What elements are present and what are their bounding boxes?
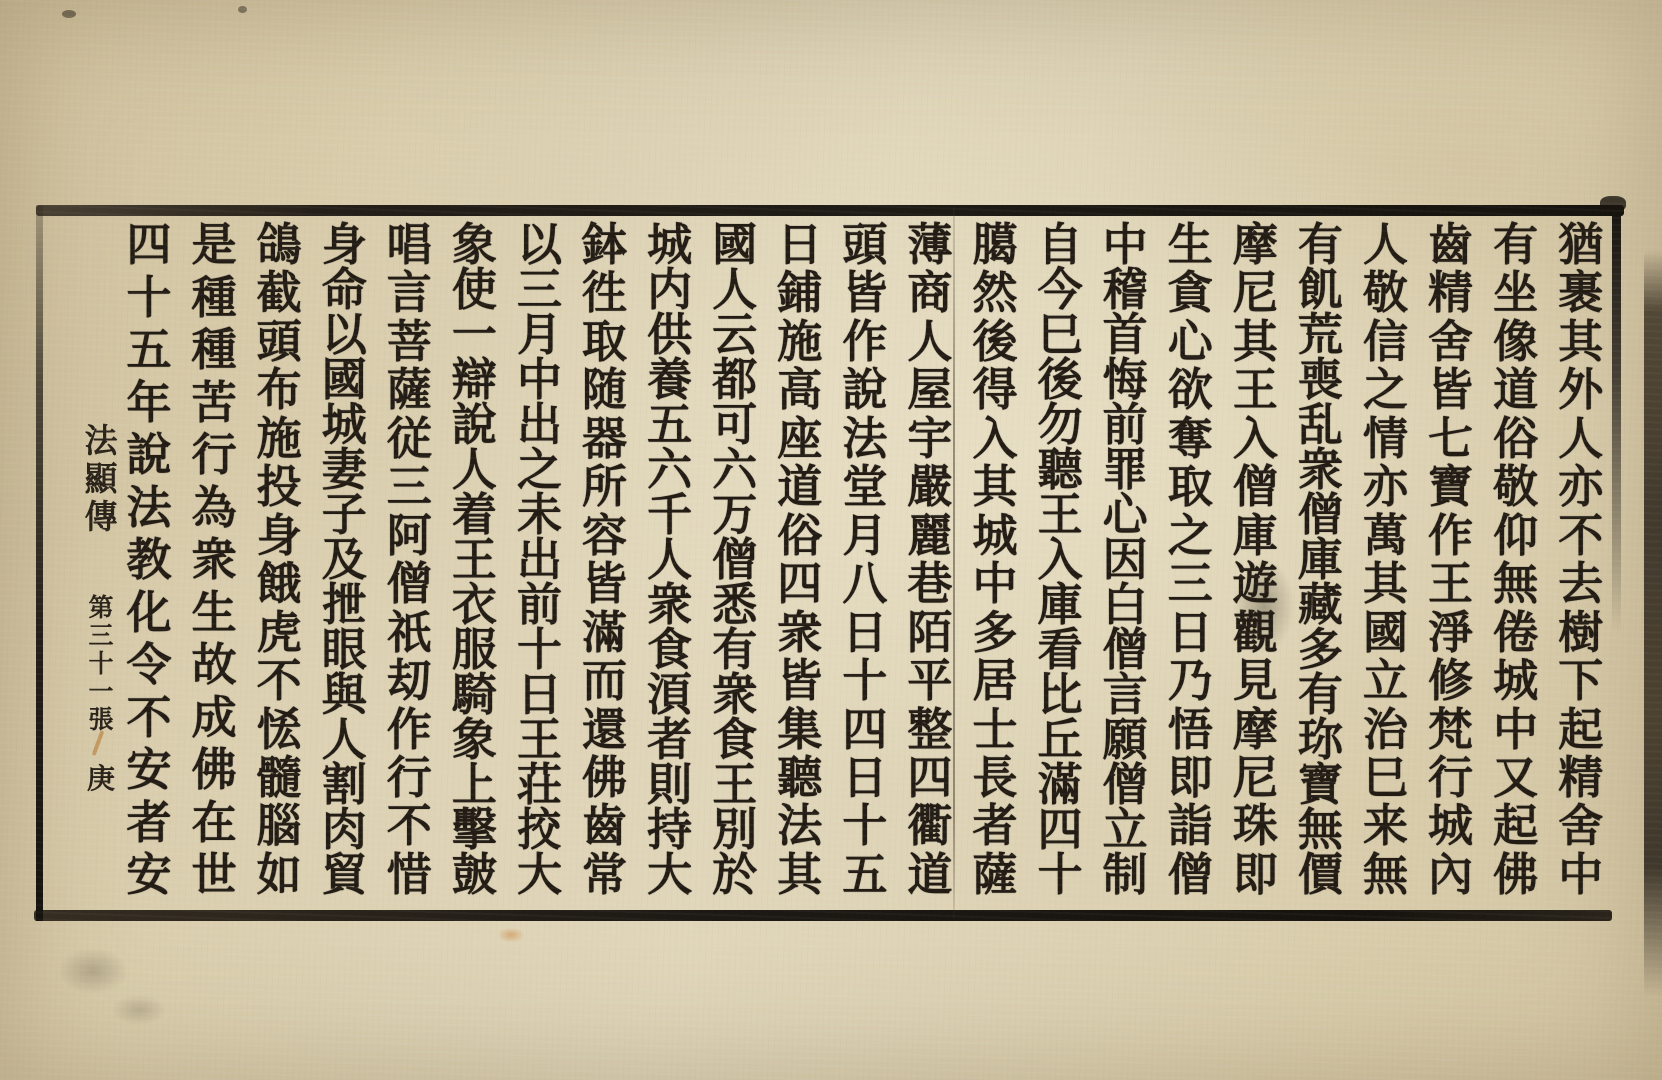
character: 多 [1298, 627, 1343, 672]
character: 齒 [582, 803, 627, 848]
character: 持 [647, 807, 692, 852]
character: 傳 [85, 500, 118, 533]
character: 上 [452, 762, 497, 807]
character: 取 [582, 319, 627, 364]
character: 心 [1168, 319, 1213, 364]
character: 猶 [1558, 222, 1603, 267]
character: 王 [712, 762, 757, 807]
character: 鋪 [777, 270, 822, 315]
character: 士 [973, 707, 1018, 752]
character: 薄 [907, 222, 952, 267]
character: 敬 [1363, 270, 1408, 315]
text-column-22: 是種種苦行為衆生故成佛在世 [185, 222, 243, 897]
character: 唱 [387, 222, 432, 267]
character: 四 [907, 755, 952, 800]
character: 比 [1038, 672, 1083, 717]
character: 珎 [1298, 717, 1343, 762]
character: 大 [647, 852, 692, 897]
character: 月 [517, 312, 562, 357]
character: 僧 [1168, 852, 1213, 897]
character: 日 [842, 755, 887, 800]
character: 庚 [87, 765, 115, 793]
character: 象 [452, 717, 497, 762]
character: 常 [582, 852, 627, 897]
character: 心 [1103, 492, 1148, 537]
ink-bleed-stain [58, 948, 128, 994]
character: 六 [712, 447, 757, 492]
page-edge-ink-streak [1644, 250, 1662, 1020]
character: 佛 [1493, 852, 1538, 897]
character: 人 [712, 267, 757, 312]
character: 庫 [1298, 537, 1343, 582]
character: 後 [973, 319, 1018, 364]
text-column-12: 頭皆作說法堂月八日十四日十五 [836, 222, 894, 897]
character: 居 [973, 658, 1018, 703]
character: 布 [257, 367, 302, 412]
character: 整 [907, 707, 952, 752]
character: 餓 [257, 561, 302, 606]
character: 衆 [777, 610, 822, 655]
character: 尼 [1233, 755, 1278, 800]
character: 萬 [1363, 513, 1408, 558]
character: 勿 [1038, 402, 1083, 447]
character: 擊 [452, 807, 497, 852]
character: 五 [842, 852, 887, 897]
character: 治 [1363, 707, 1408, 752]
character: 而 [582, 658, 627, 703]
character: 薩 [387, 367, 432, 412]
character: 城 [973, 513, 1018, 558]
character: 珠 [1233, 803, 1278, 848]
colophon-title: 法顯傳 [80, 424, 122, 533]
character: 為 [192, 485, 237, 530]
character: 令 [126, 642, 171, 687]
character: 其 [973, 464, 1018, 509]
character: 者 [126, 800, 171, 845]
character: 滿 [1038, 762, 1083, 807]
character: 言 [1103, 672, 1148, 717]
character: 寶 [1428, 464, 1473, 509]
character: 坐 [1493, 270, 1538, 315]
character: 不 [257, 658, 302, 703]
character: 自 [1038, 222, 1083, 267]
character: 僧 [387, 561, 432, 606]
character: 衣 [452, 582, 497, 627]
character: 罪 [1103, 447, 1148, 492]
character: 欲 [1168, 367, 1213, 412]
character: 十 [126, 275, 171, 320]
character: 以 [322, 312, 367, 357]
character: 可 [712, 402, 757, 447]
character: 截 [257, 270, 302, 315]
character: 種 [192, 275, 237, 320]
character: 王 [517, 717, 562, 762]
character: 抴 [322, 582, 367, 627]
character: 腦 [257, 803, 302, 848]
character: 投 [257, 464, 302, 509]
character: 皆 [582, 561, 627, 606]
character: 着 [452, 492, 497, 537]
character: 人 [322, 717, 367, 762]
character: 其 [1233, 319, 1278, 364]
text-columns: 猶裹其外人亦不去樹下起精舍中有坐像道俗敬仰無倦城中又起佛齒精舍皆七寶作王淨修梵行… [120, 222, 1610, 897]
character: 起 [1493, 803, 1538, 848]
character: 滿 [582, 610, 627, 655]
character: 無 [1363, 852, 1408, 897]
character: 淨 [1428, 610, 1473, 655]
character: 四 [1038, 807, 1083, 852]
character: 僧 [1103, 627, 1148, 672]
character: 徃 [582, 270, 627, 315]
text-column-20: 身命以國城妻子及抴眼與人割肉貿 [315, 222, 373, 897]
character: 之 [1363, 367, 1408, 412]
character: 安 [126, 747, 171, 792]
character: 云 [712, 312, 757, 357]
border-frame-bottom [34, 910, 1612, 921]
paper-speck [238, 6, 247, 13]
character: 衆 [712, 672, 757, 717]
character: 作 [387, 707, 432, 752]
character: 是 [192, 222, 237, 267]
character: 信 [1363, 319, 1408, 364]
character: 人 [1558, 416, 1603, 461]
character: 者 [647, 717, 692, 762]
character: 五 [647, 402, 692, 447]
character: 中 [1493, 707, 1538, 752]
character: 日 [1168, 610, 1213, 655]
colophon-case-mark: 庚 [80, 765, 122, 793]
character: 別 [712, 807, 757, 852]
character: 及 [322, 537, 367, 582]
character: 座 [777, 416, 822, 461]
character: 道 [1493, 367, 1538, 412]
character: 商 [907, 270, 952, 315]
character: 道 [777, 464, 822, 509]
character: 鴿 [257, 222, 302, 267]
character: 精 [1428, 270, 1473, 315]
colophon-column: 法顯傳 第三十一張 庚 [80, 222, 122, 897]
character: 遊 [1233, 561, 1278, 606]
character: 化 [126, 590, 171, 635]
character: 得 [973, 367, 1018, 412]
character: 日 [842, 610, 887, 655]
character: 巳 [1363, 755, 1408, 800]
character: 裹 [1558, 270, 1603, 315]
character: 立 [1103, 807, 1148, 852]
character: 象 [452, 222, 497, 267]
character: 王 [1233, 367, 1278, 412]
character: 皆 [777, 658, 822, 703]
character: 於 [712, 852, 757, 897]
character: 齒 [1428, 222, 1473, 267]
character: 出 [517, 402, 562, 447]
character: 亦 [1558, 464, 1603, 509]
character: 即 [1233, 852, 1278, 897]
character: 一 [88, 679, 113, 704]
character: 摩 [1233, 707, 1278, 752]
orange-fiber-stain [498, 928, 524, 942]
ink-bleed-stain [112, 995, 166, 1025]
character: 城 [1428, 803, 1473, 848]
character: 日 [777, 222, 822, 267]
character: 五 [126, 327, 171, 372]
character: 有 [1493, 222, 1538, 267]
character: 僧 [712, 537, 757, 582]
text-column-15: 城内供養五六千人衆食湏者則持大 [641, 222, 699, 897]
character: 不 [126, 695, 171, 740]
character: 種 [192, 327, 237, 372]
character: 七 [1428, 416, 1473, 461]
character: 四 [777, 561, 822, 606]
text-column-1: 猶裹其外人亦不去樹下起精舍中 [1552, 222, 1610, 897]
character: 法 [777, 803, 822, 848]
character: 說 [842, 367, 887, 412]
border-frame-right [1612, 205, 1621, 635]
character: 辯 [452, 357, 497, 402]
character: 十 [1038, 852, 1083, 897]
text-column-5: 有飢荒喪乱衆僧庫藏多有珎寶無價 [1291, 222, 1349, 897]
character: 祇 [387, 610, 432, 655]
character: 麗 [907, 513, 952, 558]
text-column-11: 薄商人屋宇嚴麗巷陌平整四衢道 [901, 222, 959, 897]
character: 三 [1168, 561, 1213, 606]
character: 子 [322, 492, 367, 537]
character: 然 [973, 270, 1018, 315]
character: 巳 [1038, 312, 1083, 357]
character: 来 [1363, 803, 1408, 848]
character: 頭 [257, 319, 302, 364]
text-column-16: 鉢徃取随器所容皆滿而還佛齒常 [576, 222, 634, 897]
character: 中 [517, 357, 562, 402]
character: 乱 [1298, 402, 1343, 447]
character: 中 [1103, 222, 1148, 267]
text-column-18: 象使一辯說人着王衣服騎象上擊皷 [445, 222, 503, 897]
character: 有 [1298, 672, 1343, 717]
text-column-4: 人敬信之情亦萬其國立治巳来無 [1356, 222, 1414, 897]
character: 今 [1038, 267, 1083, 312]
character: 有 [712, 627, 757, 672]
character: 命 [322, 267, 367, 312]
text-column-14: 國人云都可六万僧悉有衆食王別於 [706, 222, 764, 897]
character: 前 [517, 582, 562, 627]
character: 十 [517, 627, 562, 672]
character: 従 [387, 416, 432, 461]
character: 內 [1428, 852, 1473, 897]
character: 起 [1558, 707, 1603, 752]
character: 舍 [1428, 319, 1473, 364]
character: 悟 [1168, 707, 1213, 752]
character: 悔 [1103, 357, 1148, 402]
character: 大 [517, 852, 562, 897]
text-column-10: 臈然後得入其城中多居士長者薩 [966, 222, 1024, 897]
character: 所 [582, 464, 627, 509]
character: 摩 [1233, 222, 1278, 267]
character: 中 [973, 561, 1018, 606]
text-column-8: 中稽首悔前罪心因白僧言願僧立制 [1096, 222, 1154, 897]
character: 外 [1558, 367, 1603, 412]
character: 平 [907, 658, 952, 703]
character: 使 [452, 267, 497, 312]
character: 皆 [1428, 367, 1473, 412]
character: 衆 [1298, 447, 1343, 492]
character: 騎 [452, 672, 497, 717]
character: 作 [1428, 513, 1473, 558]
colophon-sheet-number: 第三十一張 [80, 595, 122, 732]
character: 十 [842, 658, 887, 703]
character: 樹 [1558, 610, 1603, 655]
character: 梵 [1428, 707, 1473, 752]
character: 城 [1493, 658, 1538, 703]
character: 觀 [1233, 610, 1278, 655]
character: 王 [1428, 561, 1473, 606]
character: 八 [842, 561, 887, 606]
character: 制 [1103, 852, 1148, 897]
character: 屋 [907, 367, 952, 412]
character: 入 [973, 416, 1018, 461]
character: 食 [647, 627, 692, 672]
character: 人 [647, 537, 692, 582]
character: 宇 [907, 416, 952, 461]
character: 出 [517, 537, 562, 582]
character: 不 [1558, 513, 1603, 558]
character: 人 [452, 447, 497, 492]
character: 稽 [1103, 267, 1148, 312]
character: 施 [257, 416, 302, 461]
character: 惜 [387, 852, 432, 897]
character: 以 [517, 222, 562, 267]
character: 其 [1558, 319, 1603, 364]
character: 肉 [322, 807, 367, 852]
character: 尼 [1233, 270, 1278, 315]
character: 湏 [647, 672, 692, 717]
character: 與 [322, 672, 367, 717]
character: 月 [842, 513, 887, 558]
character: 倦 [1493, 610, 1538, 655]
character: 如 [257, 852, 302, 897]
character: 說 [126, 432, 171, 477]
character: 情 [1363, 416, 1408, 461]
character: 亦 [1363, 464, 1408, 509]
character: 苦 [192, 380, 237, 425]
character: 去 [1558, 561, 1603, 606]
character: 長 [973, 755, 1018, 800]
character: 佛 [582, 755, 627, 800]
character: 十 [842, 803, 887, 848]
character: 衆 [647, 582, 692, 627]
character: 荘 [517, 762, 562, 807]
character: 菩 [387, 319, 432, 364]
character: 嚴 [907, 464, 952, 509]
border-frame-top [36, 205, 1624, 216]
character: 刧 [387, 658, 432, 703]
character: 之 [1168, 513, 1213, 558]
character: 食 [712, 717, 757, 762]
text-column-17: 以三月中出之未出前十日王荘挍大 [510, 222, 568, 897]
character: 俗 [777, 513, 822, 558]
character: 臈 [973, 222, 1018, 267]
character: 生 [1168, 222, 1213, 267]
character: 其 [1363, 561, 1408, 606]
character: 多 [973, 610, 1018, 655]
character: 十 [88, 651, 113, 676]
character: 城 [647, 222, 692, 267]
character: 奪 [1168, 416, 1213, 461]
character: 薩 [973, 852, 1018, 897]
character: 首 [1103, 312, 1148, 357]
character: 成 [192, 695, 237, 740]
character: 人 [1363, 222, 1408, 267]
character: 則 [647, 762, 692, 807]
character: 城 [322, 402, 367, 447]
character: 看 [1038, 627, 1083, 672]
character: 世 [192, 852, 237, 897]
character: 貪 [1168, 270, 1213, 315]
character: 詣 [1168, 803, 1213, 848]
character: 飢 [1298, 267, 1343, 312]
character: 又 [1493, 755, 1538, 800]
character: 即 [1168, 755, 1213, 800]
character: 三 [88, 623, 113, 648]
character: 悉 [712, 582, 757, 627]
character: 恡 [257, 707, 302, 752]
character: 巷 [907, 561, 952, 606]
text-column-13: 日鋪施高座道俗四衆皆集聽法其 [771, 222, 829, 897]
character: 未 [517, 492, 562, 537]
character: 願 [1103, 717, 1148, 762]
character: 集 [777, 707, 822, 752]
character: 白 [1103, 582, 1148, 627]
text-column-6: 摩尼其王入僧庫遊觀見摩尼珠即 [1226, 222, 1284, 897]
character: 容 [582, 513, 627, 558]
character: 舍 [1558, 803, 1603, 848]
character: 價 [1298, 852, 1343, 897]
character: 陌 [907, 610, 952, 655]
character: 僧 [1233, 464, 1278, 509]
character: 随 [582, 367, 627, 412]
character: 服 [452, 627, 497, 672]
character: 故 [192, 642, 237, 687]
character: 敬 [1493, 464, 1538, 509]
character: 國 [322, 357, 367, 402]
character: 衆 [192, 537, 237, 582]
text-column-3: 齒精舍皆七寶作王淨修梵行城內 [1422, 222, 1480, 897]
character: 貿 [322, 852, 367, 897]
character: 皷 [452, 852, 497, 897]
character: 修 [1428, 658, 1473, 703]
character: 施 [777, 319, 822, 364]
character: 堂 [842, 464, 887, 509]
character: 生 [192, 590, 237, 635]
character: 取 [1168, 464, 1213, 509]
border-frame-left [36, 205, 43, 921]
character: 有 [1298, 222, 1343, 267]
character: 僧 [1298, 492, 1343, 537]
character: 見 [1233, 658, 1278, 703]
character: 作 [842, 319, 887, 364]
character: 僧 [1103, 762, 1148, 807]
character: 還 [582, 707, 627, 752]
character: 第 [88, 595, 113, 620]
character: 身 [322, 222, 367, 267]
character: 四 [842, 707, 887, 752]
character: 衢 [907, 803, 952, 848]
character: 之 [517, 447, 562, 492]
character: 身 [257, 513, 302, 558]
character: 法 [842, 416, 887, 461]
character: 法 [126, 485, 171, 530]
character: 丘 [1038, 717, 1083, 762]
text-column-9: 自今巳後勿聽王入庫看比丘滿四十 [1031, 222, 1089, 897]
